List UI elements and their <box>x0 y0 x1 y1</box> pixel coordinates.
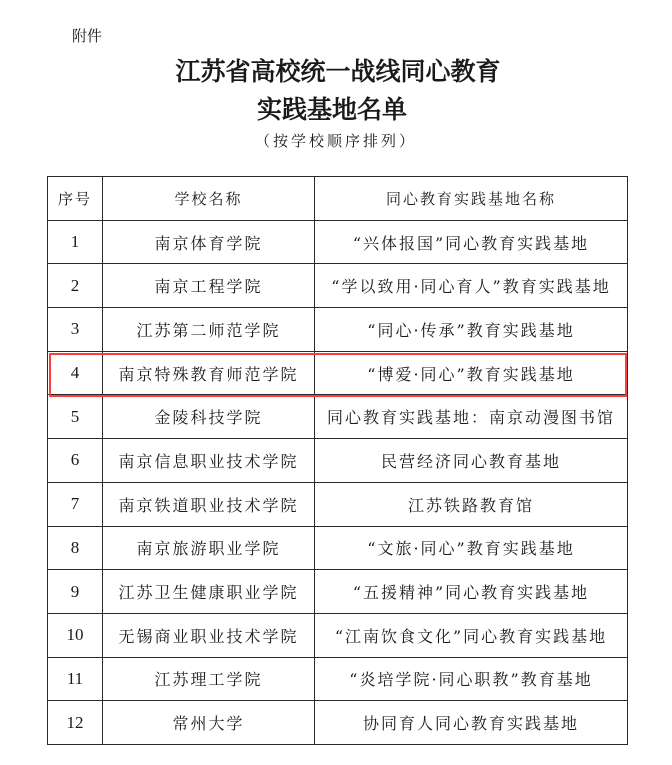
base-name: 同心教育实践基地：南京动漫图书馆 <box>315 395 628 439</box>
table-row: 7 南京铁道职业技术学院 江苏铁路教育馆 <box>48 482 628 526</box>
base-name: “文旅·同心”教育实践基地 <box>315 526 628 570</box>
table-row: 12 常州大学 协同育人同心教育实践基地 <box>48 701 628 745</box>
column-header-number: 序号 <box>48 177 103 221</box>
school-name: 南京信息职业技术学院 <box>103 439 315 483</box>
table-row-highlighted: 4 南京特殊教育师范学院 “博爱·同心”教育实践基地 <box>48 351 628 395</box>
row-number: 10 <box>48 613 103 657</box>
table-row: 10 无锡商业职业技术学院 “江南饮食文化”同心教育实践基地 <box>48 613 628 657</box>
base-name: “博爱·同心”教育实践基地 <box>315 351 628 395</box>
row-number: 6 <box>48 439 103 483</box>
base-name: “兴体报国”同心教育实践基地 <box>315 220 628 264</box>
row-number: 9 <box>48 570 103 614</box>
base-name: “同心·传承”教育实践基地 <box>315 308 628 352</box>
school-name: 南京工程学院 <box>103 264 315 308</box>
table-row: 1 南京体育学院 “兴体报国”同心教育实践基地 <box>48 220 628 264</box>
practice-base-table: 序号 学校名称 同心教育实践基地名称 1 南京体育学院 “兴体报国”同心教育实践… <box>47 176 628 745</box>
school-name: 江苏第二师范学院 <box>103 308 315 352</box>
table-header-row: 序号 学校名称 同心教育实践基地名称 <box>48 177 628 221</box>
row-number: 11 <box>48 657 103 701</box>
table-row: 9 江苏卫生健康职业学院 “五援精神”同心教育实践基地 <box>48 570 628 614</box>
row-number: 12 <box>48 701 103 745</box>
school-name: 南京体育学院 <box>103 220 315 264</box>
table-row: 3 江苏第二师范学院 “同心·传承”教育实践基地 <box>48 308 628 352</box>
table-row: 8 南京旅游职业学院 “文旅·同心”教育实践基地 <box>48 526 628 570</box>
row-number: 8 <box>48 526 103 570</box>
base-name: “江南饮食文化”同心教育实践基地 <box>315 613 628 657</box>
school-name: 南京铁道职业技术学院 <box>103 482 315 526</box>
column-header-base: 同心教育实践基地名称 <box>315 177 628 221</box>
table-row: 5 金陵科技学院 同心教育实践基地：南京动漫图书馆 <box>48 395 628 439</box>
row-number: 2 <box>48 264 103 308</box>
table-row: 6 南京信息职业技术学院 民营经济同心教育基地 <box>48 439 628 483</box>
base-name: “学以致用·同心育人”教育实践基地 <box>315 264 628 308</box>
school-name: 无锡商业职业技术学院 <box>103 613 315 657</box>
row-number: 5 <box>48 395 103 439</box>
row-number: 4 <box>48 351 103 395</box>
school-name: 金陵科技学院 <box>103 395 315 439</box>
base-name: 协同育人同心教育实践基地 <box>315 701 628 745</box>
base-name: 江苏铁路教育馆 <box>315 482 628 526</box>
base-name: 民营经济同心教育基地 <box>315 439 628 483</box>
base-name: “五援精神”同心教育实践基地 <box>315 570 628 614</box>
column-header-school: 学校名称 <box>103 177 315 221</box>
school-name: 南京旅游职业学院 <box>103 526 315 570</box>
page-subtitle: （按学校顺序排列） <box>0 130 672 151</box>
row-number: 7 <box>48 482 103 526</box>
page-title-line1: 江苏省高校统一战线同心教育 <box>2 52 672 88</box>
school-name: 江苏卫生健康职业学院 <box>103 570 315 614</box>
school-name: 江苏理工学院 <box>103 657 315 701</box>
row-number: 1 <box>48 220 103 264</box>
attachment-label: 附件 <box>72 25 102 46</box>
table-row: 11 江苏理工学院 “炎培学院·同心职教”教育基地 <box>48 657 628 701</box>
school-name: 南京特殊教育师范学院 <box>103 351 315 395</box>
page-title-line2: 实践基地名单 <box>0 90 668 126</box>
table-row: 2 南京工程学院 “学以致用·同心育人”教育实践基地 <box>48 264 628 308</box>
school-name: 常州大学 <box>103 701 315 745</box>
row-number: 3 <box>48 308 103 352</box>
base-name: “炎培学院·同心职教”教育基地 <box>315 657 628 701</box>
